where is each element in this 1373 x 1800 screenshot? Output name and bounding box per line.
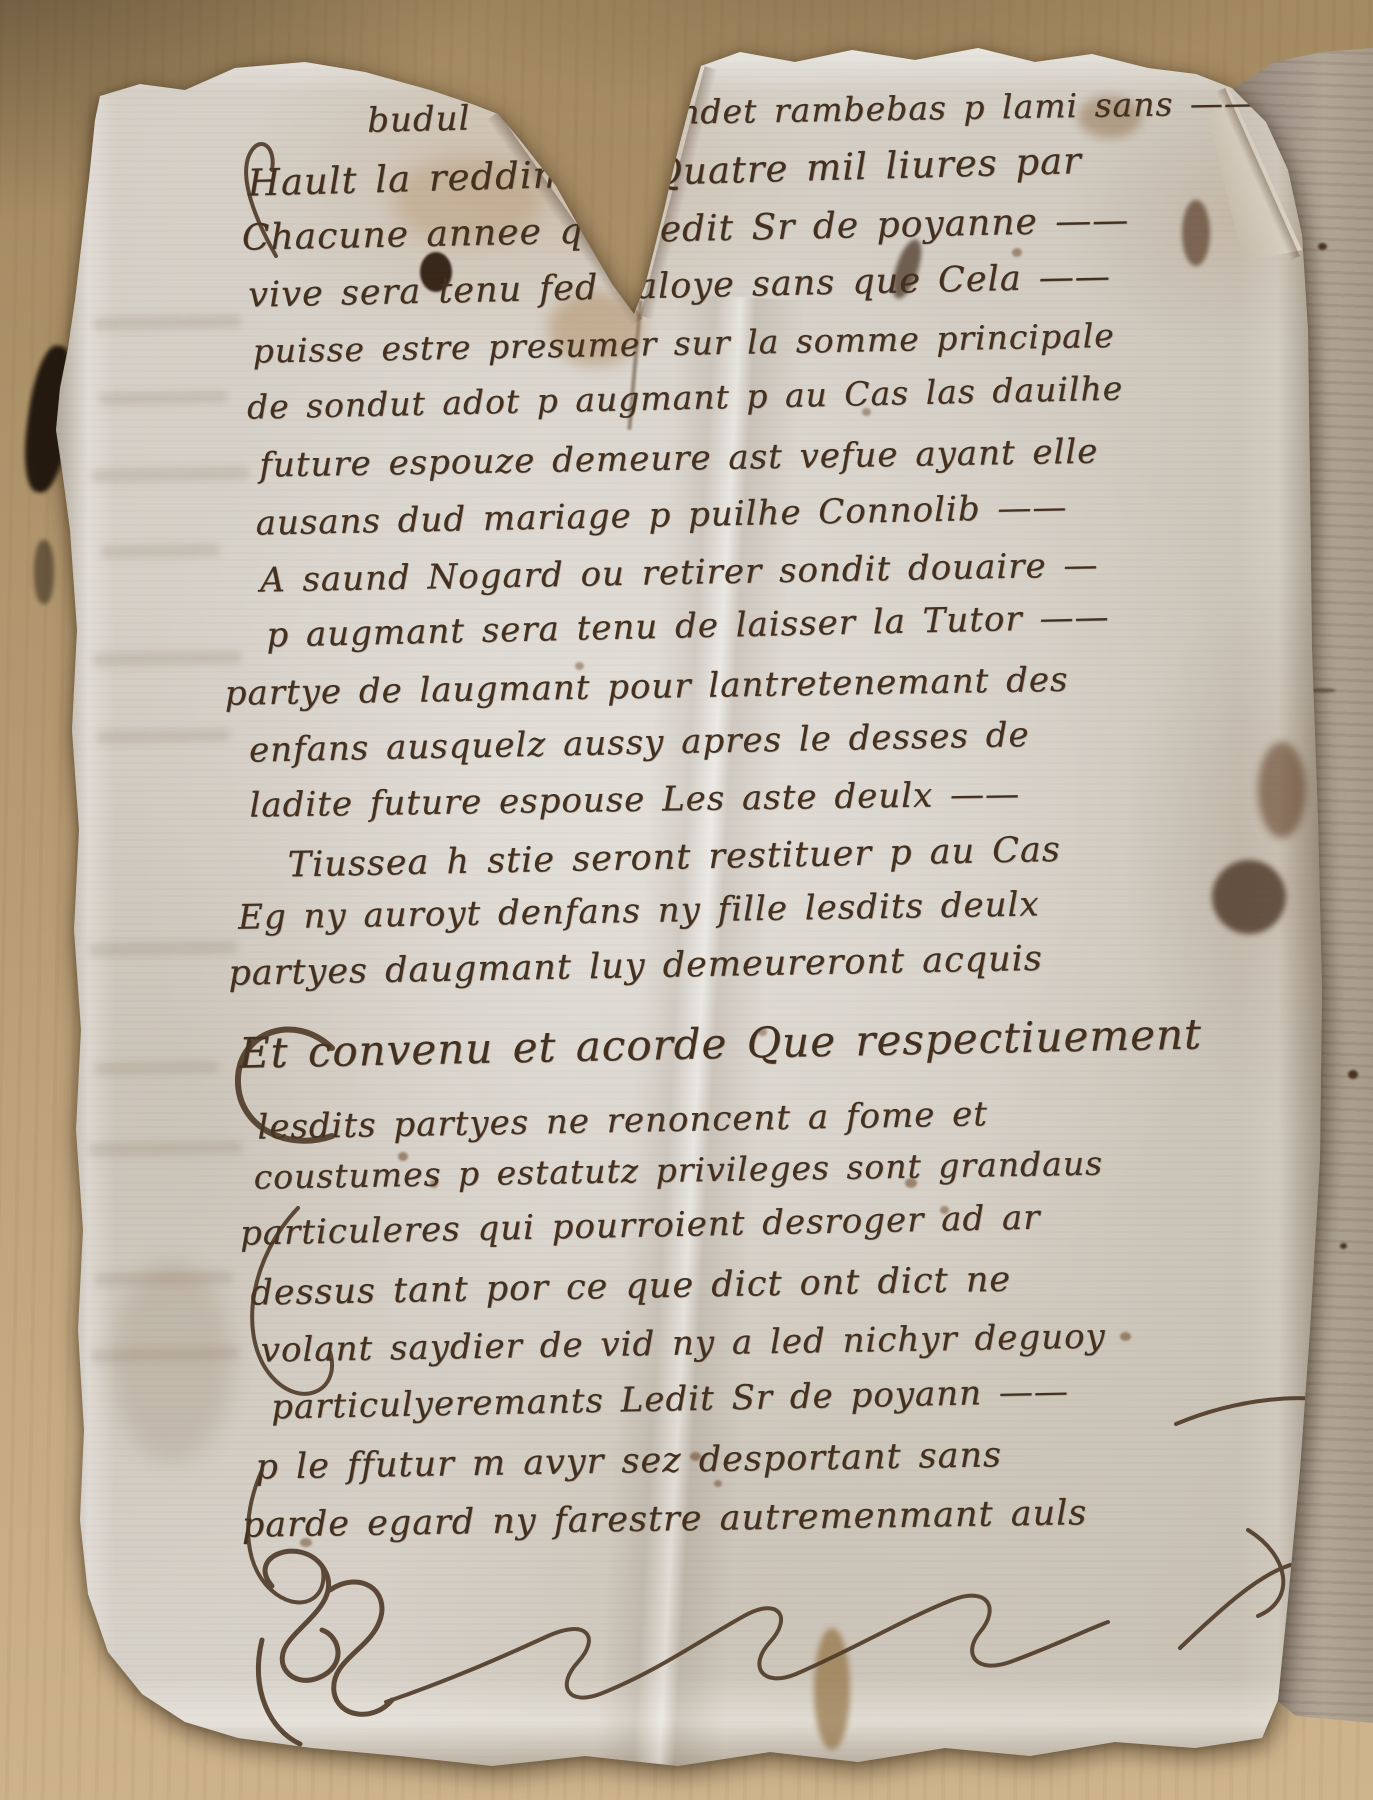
- manuscript-line: ladite future espouse Les aste deulx ——: [249, 777, 1020, 822]
- manuscript-line: p le ffutur m avyr sez desportant sans: [255, 1438, 1002, 1485]
- manuscript-line: partyes daugmant luy demeureront acquis: [228, 942, 1043, 992]
- manuscript-line: particulyeremants Ledit Sr de poyann ——: [271, 1375, 1069, 1425]
- manuscript-line: tandet rambebas p lami sans ——: [643, 86, 1258, 129]
- manuscript-line: budul: [367, 102, 471, 138]
- manuscript-line: vive sera tenu fed valoye sans que Cela …: [248, 260, 1111, 314]
- manuscript-line: ausans dud mariage p puilhe Connolib ——: [255, 490, 1067, 540]
- manuscript-line: partye de laugmant pour lantretenemant d…: [224, 663, 1068, 711]
- manuscript-line: A saund Nogard ou retirer sondit douaire…: [260, 548, 1099, 597]
- manuscript-page: budul tandet rambebas p lami sans —— Hau…: [0, 0, 1373, 1800]
- manuscript-line: parde egard ny farestre autremenmant aul…: [242, 1496, 1088, 1544]
- handwritten-text-block: budul tandet rambebas p lami sans —— Hau…: [0, 0, 1373, 1800]
- manuscript-line: Hault la reddim de Quatre mil liures par: [247, 142, 1082, 202]
- manuscript-line: Et convenu et acorde Que respectiuement: [239, 1013, 1203, 1074]
- manuscript-line: lesdits partyes ne renoncent a fome et: [257, 1097, 988, 1144]
- manuscript-line: Tiussea h stie seront restituer p au Cas: [287, 833, 1061, 884]
- manuscript-line: p augmant sera tenu de laisser la Tutor …: [266, 600, 1110, 652]
- manuscript-line: de sondut adot p augmant p au Cas las da…: [247, 372, 1124, 424]
- manuscript-line: future espouze demeure ast vefue ayant e…: [259, 435, 1099, 483]
- manuscript-page-wrap: budul tandet rambebas p lami sans —— Hau…: [0, 0, 1373, 1800]
- manuscript-line: puisse estre presumer sur la somme princ…: [252, 319, 1115, 368]
- manuscript-photo: { "manuscript": { "alt": "Photograph of …: [0, 0, 1373, 1800]
- manuscript-line: volant saydier de vid ny a led nichyr de…: [260, 1320, 1106, 1368]
- manuscript-line: coustumes p estatutz privileges sont gra…: [253, 1147, 1103, 1194]
- manuscript-line: Chacune annee que ledit Sr de poyanne ——: [242, 203, 1130, 257]
- manuscript-line: enfans ausquelz aussy apres le desses de: [249, 718, 1030, 768]
- manuscript-line: particuleres qui pourroient desroger ad …: [240, 1201, 1041, 1251]
- manuscript-line: dessus tant por ce que dict ont dict ne: [250, 1263, 1011, 1312]
- manuscript-line: Eg ny auroyt denfans ny fille lesdits de…: [238, 887, 1040, 934]
